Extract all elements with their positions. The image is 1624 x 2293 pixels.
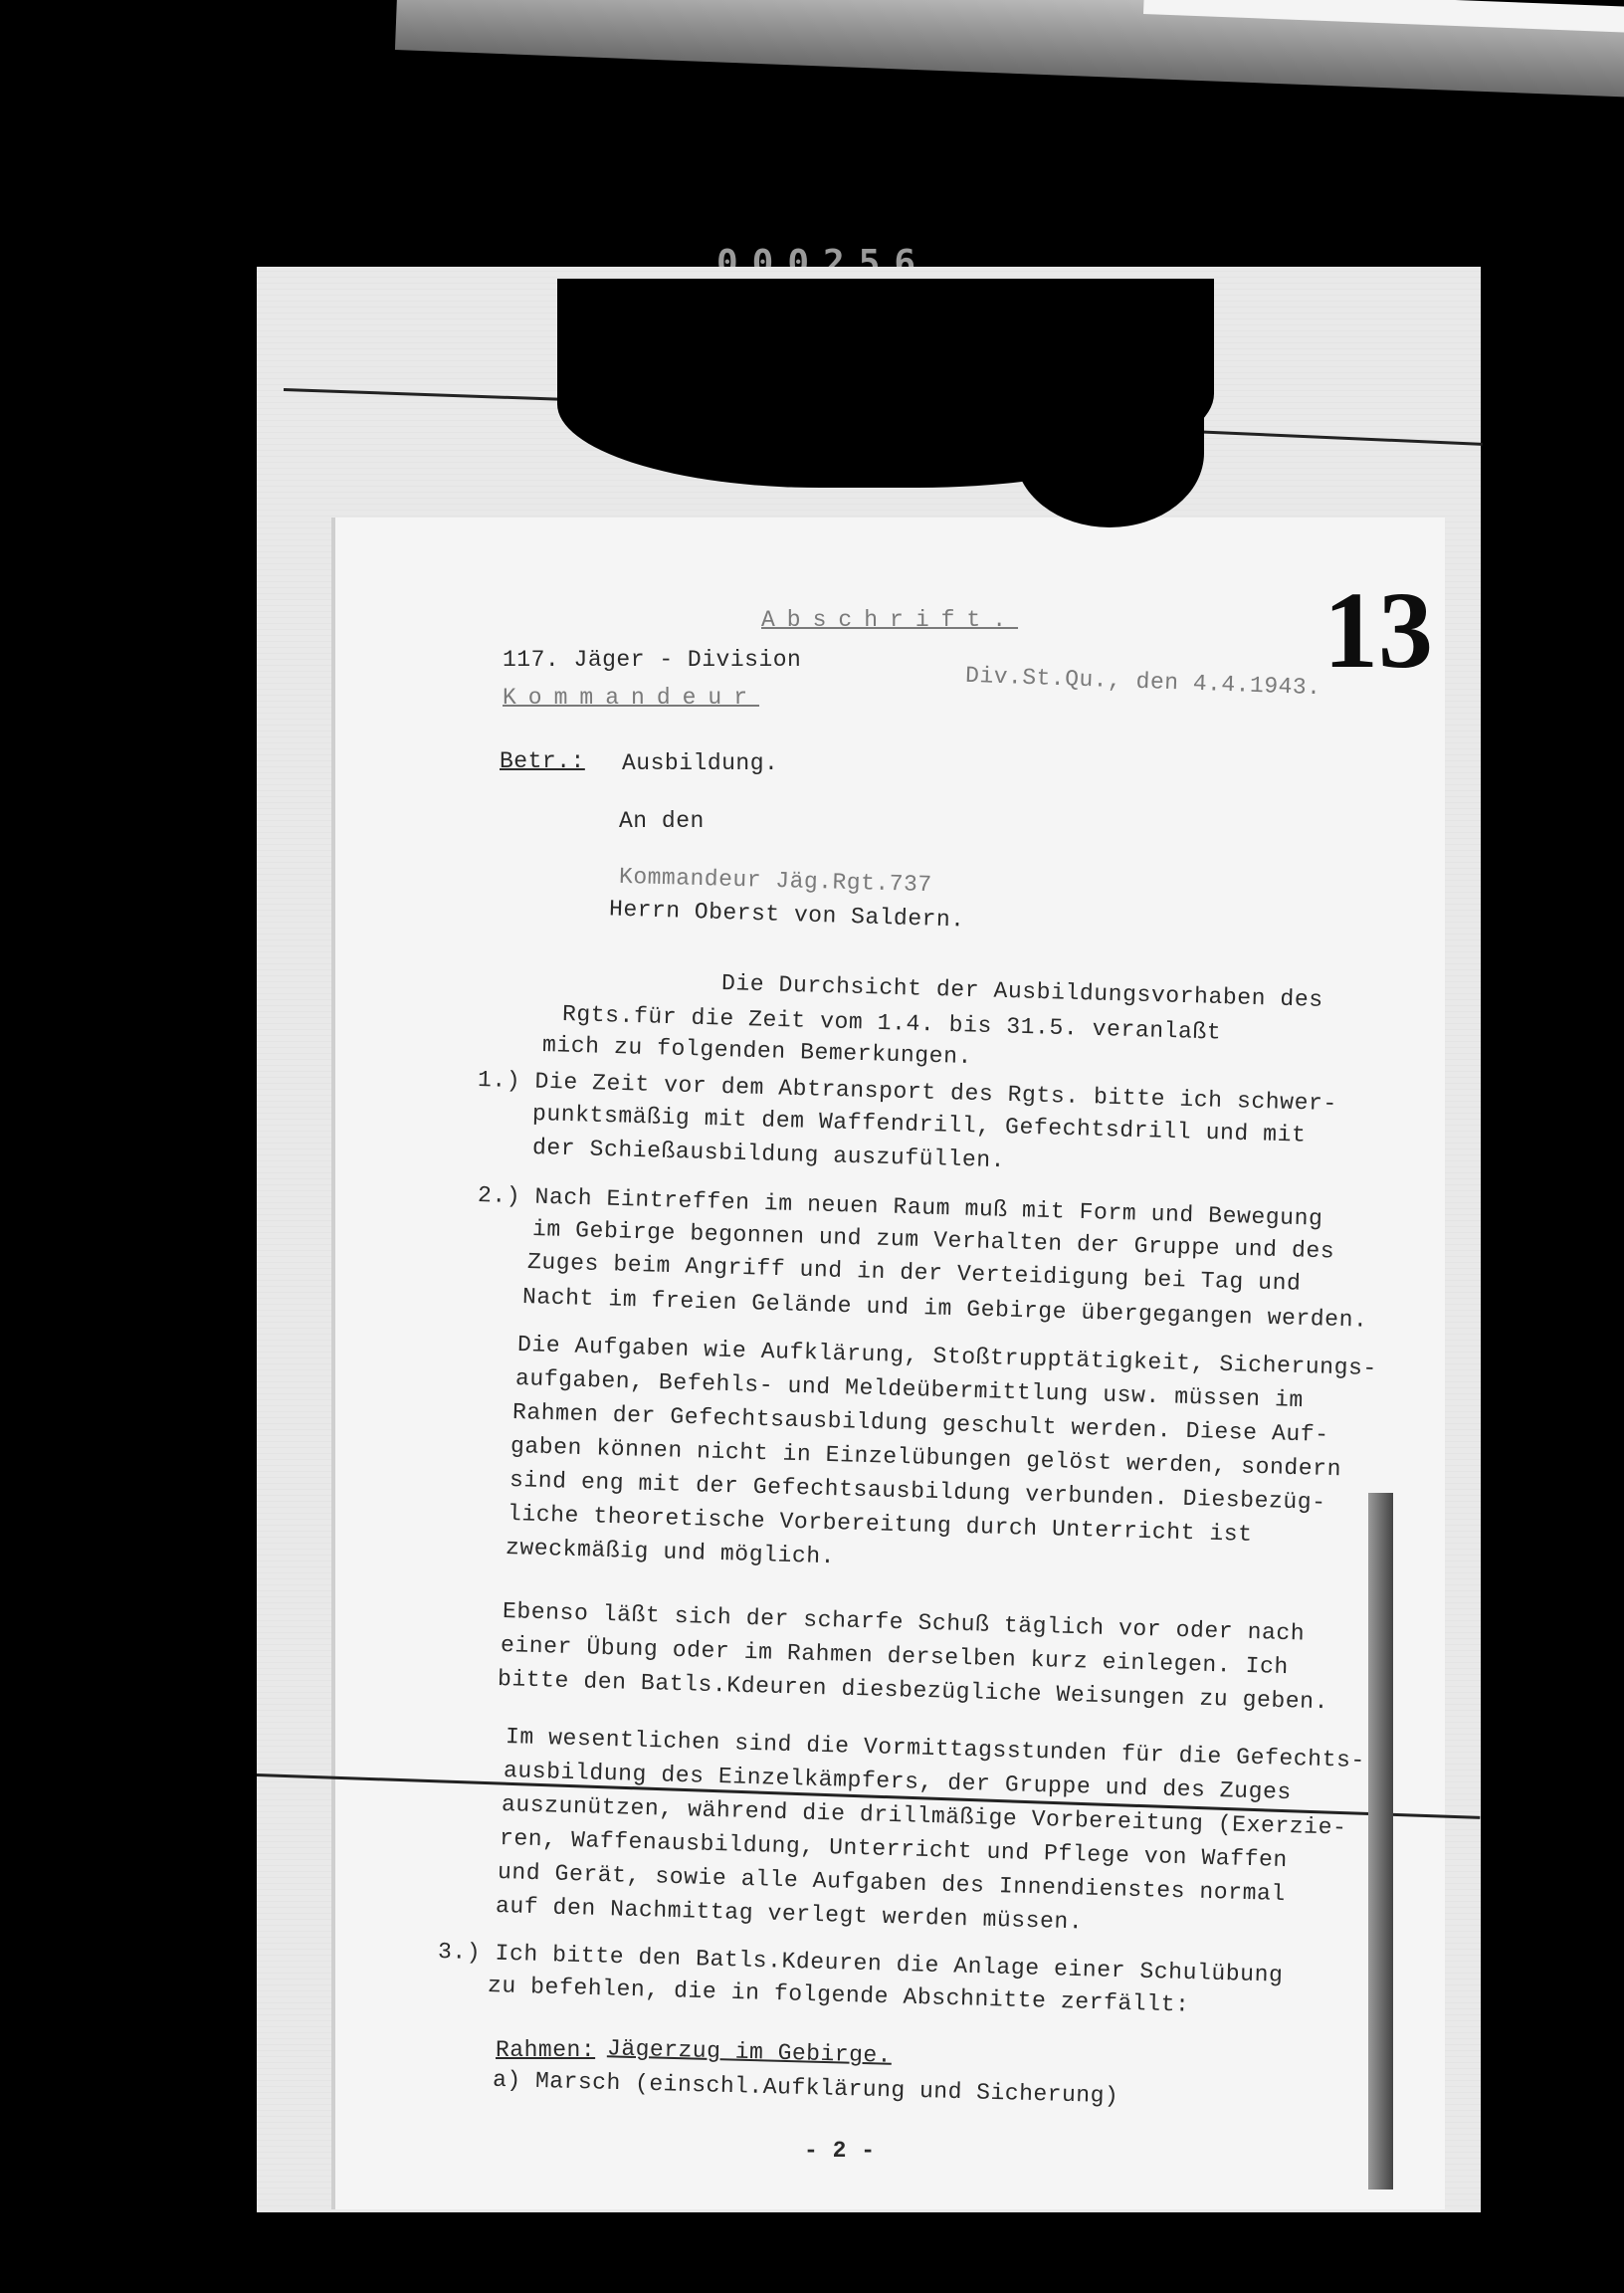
recipient-line-1: An den	[619, 808, 705, 834]
page-stamp-number: 13	[1323, 567, 1433, 694]
subject-value: Ausbildung.	[622, 750, 778, 776]
office-title: Kommandeur	[503, 685, 759, 711]
frame-label: Rahmen:	[496, 2037, 595, 2063]
ink-blot-drip	[1015, 378, 1204, 527]
page-edge-shadow	[1368, 1493, 1393, 2189]
unit-name: 117. Jäger - Division	[503, 647, 801, 673]
page-number: - 2 -	[804, 2138, 876, 2164]
subject-label: Betr.:	[500, 748, 585, 774]
doc-type-heading: Abschrift.	[761, 607, 1018, 633]
